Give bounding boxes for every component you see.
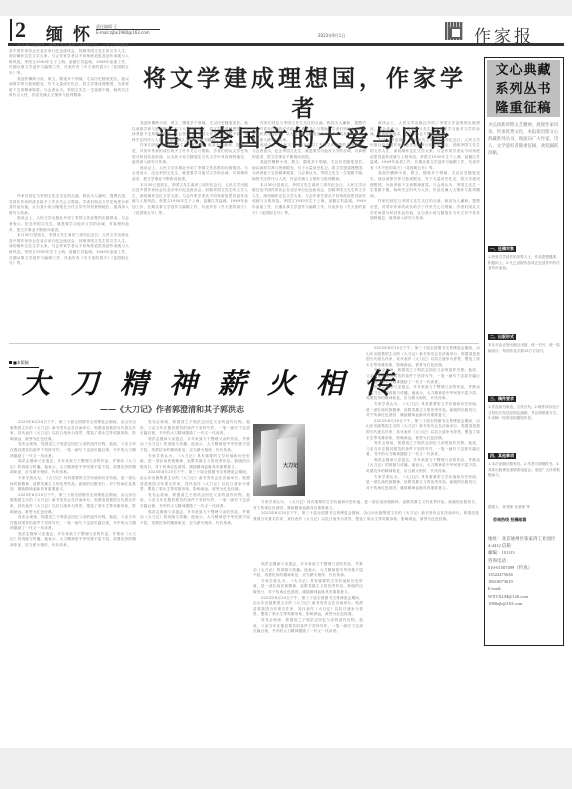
- article1-column-1: 本月30日是周五，李国文先生离世三周年纪念日。人民文学出版社及中国作家协会在北京…: [9, 43, 129, 191]
- sidebar-section-label: 三、稿件要求: [488, 396, 516, 402]
- article1-column-1b: 作家们回忆与李国文先生交往的点滴，称其为人谦和、提携后进，对青年作家的成长给予了…: [9, 194, 129, 344]
- call-for-papers-sidebar: 文心典藏 系列丛书 隆重征稿 为弘扬新时期文艺精神，展现作家风采，传承优秀文化，…: [484, 57, 564, 646]
- paragraph: 发布会现场，郭澄清之子郭洪志回忆父亲的创作历程。他说，父亲当年在极其艰苦的条件下…: [366, 441, 480, 458]
- paragraph: 本月30日是周五，李国文先生离世三周年纪念日。人民文学出版社及中国作家协会在北京…: [370, 138, 480, 172]
- headline-line-1: 将文学建成理想国，作家学者: [130, 64, 480, 124]
- article2-column-4: 2023年8月20日下午，第三十届全国图书交易博览会期间，由山东出版集团主办的《…: [366, 346, 480, 742]
- sidebar-section-label: 二、出版形式: [488, 334, 516, 340]
- article2-column-2: 发布会现场，郭澄清之子郭洪志回忆父亲的创作历程。他说，父亲当年在极其艰苦的条件下…: [140, 420, 250, 742]
- paragraph: 郭洪志继承父亲遗志，多年来致力于整理父亲的作品，并推动《大刀记》的再版与传播。他…: [366, 458, 480, 475]
- newspaper-page: 2 缅怀 责任编辑 王 E-mail:zjbx1980@163.com 2023…: [0, 16, 572, 748]
- paragraph: 发布会现场，郭澄清之子郭洪志回忆父亲的创作历程。他说，父亲当年在极其艰苦的条件下…: [10, 442, 136, 459]
- paragraph: 2023年8月20日下午，第三十届全国图书交易博览会期间，由山东出版集团主办的《…: [253, 596, 363, 618]
- paragraph: 郭洪志继承父亲遗志，多年来致力于整理父亲的作品，并推动《大刀记》的再版与传播。他…: [140, 437, 250, 454]
- sidebar-section-text: 1.热爱文学创作的各界人士，作品思想健康、积极向上。2.凡已出版作品或正在创作中…: [488, 255, 560, 325]
- paragraph: 发布会现场，郭澄清之子郭洪志回忆父亲的创作历程。他说，父亲当年在极其艰苦的条件下…: [140, 420, 250, 437]
- paragraph: 座谈会上，人民文学出版社介绍了李国文作品集的出版情况。与会者表示，纪念李国文先生…: [9, 216, 129, 233]
- sidebar-contacts: 联系人：张老师 吴老师 等: [488, 505, 560, 515]
- sidebar-intro: 为弘扬新时期文艺精神，展现作家风采，传承优秀文化，本报拟出版文心典藏系列丛书，现…: [488, 122, 560, 242]
- paragraph: 2023年8月20日下午，第三十届全国图书交易博览会期间，由山东出版集团主办的《…: [140, 470, 250, 492]
- paragraph: 2023年8月20日下午，第三十届全国图书交易博览会期间，由山东出版集团主办的《…: [366, 346, 480, 368]
- paragraph: 作家们回忆与李国文先生交往的点滴，称其为人谦和、提携后进，对青年作家的成长给予了…: [370, 199, 480, 221]
- article2-column-3: 郭洪志继承父亲遗志，多年来致力于整理父亲的作品，并推动《大刀记》的再版与传播。他…: [253, 562, 363, 742]
- paragraph: 本月30日是周五，李国文先生离世三周年纪念日。人民文学出版社及中国作家协会在北京…: [9, 233, 129, 267]
- photo-caption: 大刀记: [283, 462, 298, 469]
- paragraph: 本月30日是周五，李国文先生离世三周年纪念日。人民文学出版社及中国作家协会在北京…: [132, 183, 248, 217]
- paragraph: 作家们回忆与李国文先生交往的点滴，称其为人谦和、提携后进，对青年作家的成长给予了…: [252, 121, 366, 143]
- contact-email: WXTXLM@126.com: [488, 593, 560, 600]
- paragraph: 其创作横跨小说、散文、随笔多个领域，尤以历史随笔见长。他以深厚学养与独到眼光，写…: [9, 77, 129, 99]
- contact-phone-label: 咨询电话：: [488, 557, 560, 564]
- issue-date: 2023年9月1日: [318, 33, 345, 39]
- paragraph: 座谈会上，人民文学出版社介绍了李国文作品集的出版情况。与会者表示，纪念李国文先生…: [252, 143, 366, 160]
- paragraph: 专家学者认为，《大刀记》具有重要的文学价值和历史价值，是一部弘扬民族精神、讴歌英…: [10, 476, 136, 493]
- article2-headline: 大刀精神薪火相传: [22, 368, 414, 400]
- paragraph: 专家学者认为，《大刀记》具有重要的文学价值和历史价值，是一部弘扬民族精神、讴歌英…: [140, 454, 250, 471]
- paragraph: 2023年8月20日下午，第三十届全国图书交易博览会期间，由山东出版集团主办的《…: [366, 419, 480, 441]
- contact-email: 1980zjb@163.com: [488, 600, 560, 607]
- paragraph: 其创作横跨小说、散文、随笔多个领域，尤以历史随笔见长。他以深厚学养与独到眼光，写…: [132, 121, 248, 143]
- sidebar-section-label: 四、其他事项: [488, 453, 516, 459]
- contact-address: 地址：北京通州区张家湾工业园区 4-4412 信箱: [488, 535, 560, 549]
- sidebar-hotline-label: 咨询热线 投稿邮箱: [493, 517, 526, 523]
- contact-phone: 010-61507499（传真）: [488, 564, 560, 571]
- contact-phone: 18610073619: [488, 578, 560, 585]
- paragraph: 本月30日是周五，李国文先生离世三周年纪念日。人民文学出版社及中国作家协会在北京…: [9, 43, 129, 77]
- paragraph: 发布会现场，郭澄清之子郭洪志回忆父亲的创作历程。他说，父亲当年在极其艰苦的条件下…: [253, 618, 363, 635]
- editor-info: 责任编辑 王 E-mail:zjbx1980@163.com: [96, 24, 160, 35]
- page-margin: [0, 748, 572, 789]
- paragraph: 作家们回忆与李国文先生交往的点滴，称其为人谦和、提携后进，对青年作家的成长给予了…: [9, 194, 129, 216]
- sidebar-contact-block: 地址：北京通州区张家湾工业园区 4-4412 信箱 邮编：101113 咨询电话…: [488, 535, 560, 607]
- sidebar-title-line: 隆重征稿: [487, 99, 560, 118]
- sidebar-section-text: 1.作品须为原创，文责自负。2.稿件请以电子文档形式发送至指定邮箱，并注明联系方…: [488, 405, 560, 445]
- paragraph: 2023年8月20日下午，第三十届全国图书交易博览会期间，由山东出版集团主办的《…: [10, 493, 136, 515]
- article1-column-4: 座谈会上，人民文学出版社介绍了李国文作品集的出版情况。与会者表示，纪念李国文先生…: [370, 121, 480, 346]
- paragraph: 2023年8月20日下午，第三十届全国图书交易博览会期间，由山东出版集团主办的《…: [10, 420, 136, 442]
- paragraph: 专家学者认为，《大刀记》具有重要的文学价值和历史价值，是一部弘扬民族精神、讴歌英…: [366, 475, 480, 492]
- sidebar-title-line: 系列丛书: [487, 80, 560, 99]
- paragraph: 发布会现场，郭澄清之子郭洪志回忆父亲的创作历程。他说，父亲当年在极其艰苦的条件下…: [10, 515, 136, 532]
- paragraph: 专家学者认为，《大刀记》具有重要的文学价值和历史价值，是一部弘扬民族精神、讴歌英…: [366, 402, 480, 419]
- section-title: 缅怀: [46, 20, 100, 45]
- sidebar-title: 文心典藏 系列丛书 隆重征稿: [487, 60, 560, 117]
- sidebar-section-label: 一、征稿对象: [488, 246, 516, 252]
- contact-email-label: E-mail:: [488, 585, 560, 592]
- article-divider: [9, 343, 479, 344]
- paragraph: 发布会现场，郭澄清之子郭洪志回忆父亲的创作历程。他说，父亲当年在极其艰苦的条件下…: [140, 493, 250, 510]
- paragraph: 座谈会上，人民文学出版社介绍了李国文作品集的出版情况。与会者表示，纪念李国文先生…: [132, 166, 248, 183]
- paragraph: 专家学者认为，《大刀记》具有重要的文学价值和历史价值，是一部弘扬民族精神、讴歌英…: [253, 579, 363, 596]
- article1-column-3: 作家们回忆与李国文先生交往的点滴，称其为人谦和、提携后进，对青年作家的成长给予了…: [252, 121, 366, 346]
- contact-phone: 13522475636: [488, 571, 560, 578]
- qr-code-icon: [445, 22, 463, 40]
- article2-subheadline: ——《大刀记》作者郭澄清和其子郭洪志: [100, 404, 244, 415]
- article2-column-1: 2023年8月20日下午，第三十届全国图书交易博览会期间，由山东出版集团主办的《…: [10, 420, 136, 742]
- paragraph: 作家们回忆与李国文先生交往的点滴，称其为人谦和、提携后进，对青年作家的成长给予了…: [132, 143, 248, 165]
- paragraph: 郭洪志继承父亲遗志，多年来致力于整理父亲的作品，并推动《大刀记》的再版与传播。他…: [253, 562, 363, 579]
- paragraph: 郭洪志继承父亲遗志，多年来致力于整理父亲的作品，并推动《大刀记》的再版与传播。他…: [140, 510, 250, 527]
- article1-column-2: 其创作横跨小说、散文、随笔多个领域，尤以历史随笔见长。他以深厚学养与独到眼光，写…: [132, 121, 248, 346]
- paragraph: 座谈会上，人民文学出版社介绍了李国文作品集的出版情况。与会者表示，纪念李国文先生…: [370, 121, 480, 138]
- sidebar-section-text: 1.本次征稿长期有效。2.作者可获赠样书。3.具体出版事宜请联系组委会。欢迎广大…: [488, 462, 560, 500]
- email-line: E-mail:zjbx1980@163.com: [96, 30, 160, 35]
- paragraph: 郭洪志继承父亲遗志，多年来致力于整理父亲的作品，并推动《大刀记》的再版与传播。他…: [10, 459, 136, 476]
- paragraph: 郭洪志继承父亲遗志，多年来致力于整理父亲的作品，并推动《大刀记》的再版与传播。他…: [10, 532, 136, 549]
- paragraph: 其创作横跨小说、散文、随笔多个领域，尤以历史随笔见长。他以深厚学养与独到眼光，写…: [252, 160, 366, 182]
- paragraph: 其创作横跨小说、散文、随笔多个领域，尤以历史随笔见长。他以深厚学养与独到眼光，写…: [370, 171, 480, 199]
- sidebar-title-line: 文心典藏: [487, 61, 560, 80]
- book-cover-photo: 大刀记: [253, 424, 305, 496]
- page-number: 2: [10, 19, 26, 41]
- contact-postcode: 邮编：101113: [488, 549, 560, 556]
- paragraph: 发布会现场，郭澄清之子郭洪志回忆父亲的创作历程。他说，父亲当年在极其艰苦的条件下…: [366, 368, 480, 385]
- paragraph: 本月30日是周五，李国文先生离世三周年纪念日。人民文学出版社及中国作家协会在北京…: [252, 183, 366, 217]
- paragraph: 郭洪志继承父亲遗志，多年来致力于整理父亲的作品，并推动《大刀记》的再版与传播。他…: [366, 385, 480, 402]
- masthead: 2 缅怀 责任编辑 王 E-mail:zjbx1980@163.com 2023…: [8, 16, 564, 42]
